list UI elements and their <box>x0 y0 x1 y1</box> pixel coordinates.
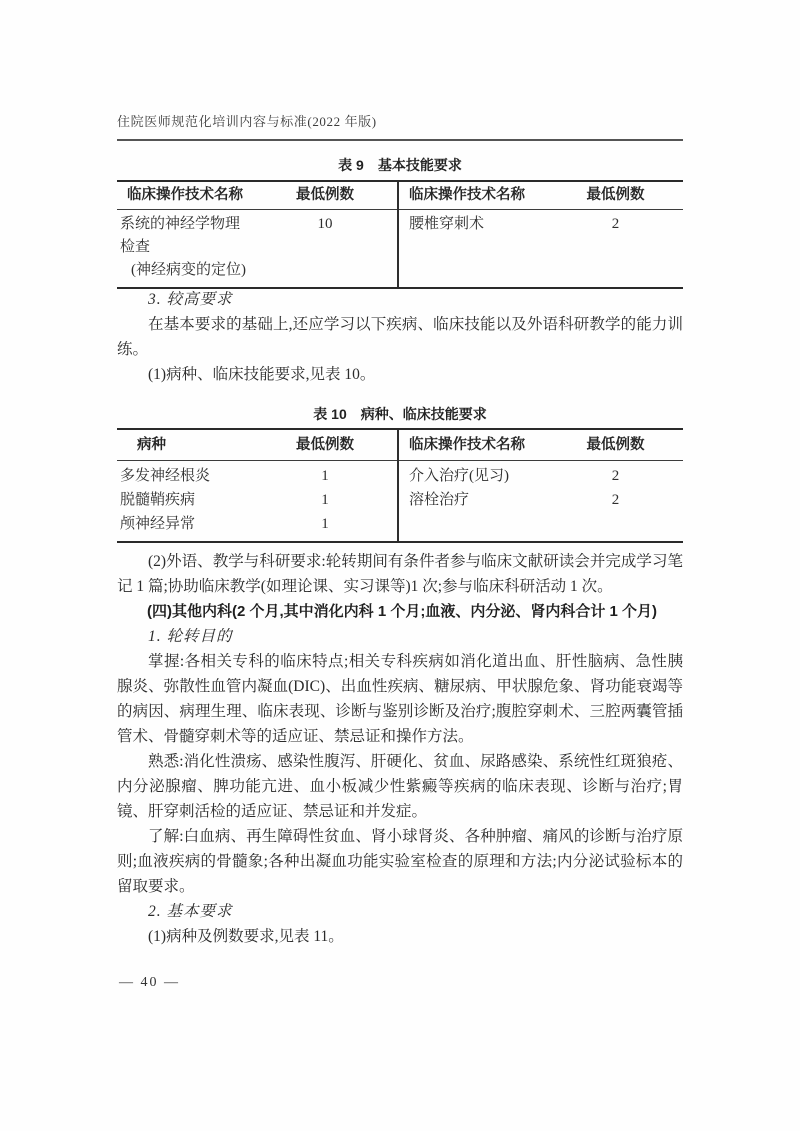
section4-heading: (四)其他内科(2 个月,其中消化内科 1 个月;血液、内分泌、肾内科合计 1 … <box>117 599 683 624</box>
basic-requirement-heading: 2. 基本要求 <box>117 899 683 924</box>
table10-header-disease: 病种 <box>117 430 252 460</box>
table9-header-right-name: 临床操作技术名称 <box>398 182 548 209</box>
table9-cell-right-min: 2 <box>548 213 683 236</box>
table9-cell-left-min: 10 <box>252 213 398 236</box>
procedure-name-continued: (神经病变的定位) <box>120 259 252 282</box>
table-10: 病种 最低例数 临床操作技术名称 最低例数 多发神经根炎 1 介入治疗(见习) … <box>117 428 683 543</box>
table9-cell-left-name: 系统的神经学物理检查 (神经病变的定位) <box>117 213 252 282</box>
min-cases: 2 <box>548 488 683 512</box>
document-page: 住院医师规范化培训内容与标准(2022 年版) 表 9 基本技能要求 临床操作技… <box>0 0 800 1131</box>
para-understand: 了解:白血病、再生障碍性贫血、肾小球肾炎、各种肿瘤、痛风的诊断与治疗原则;血液疾… <box>117 824 683 899</box>
para-see-table10: (1)病种、临床技能要求,见表 10。 <box>117 362 683 387</box>
running-header: 住院医师规范化培训内容与标准(2022 年版) <box>117 111 683 130</box>
table10-header-left-min: 最低例数 <box>252 430 398 460</box>
para-foreign-research: (2)外语、教学与科研要求:轮转期间有条件者参与临床文献研读会并完成学习笔记 1… <box>117 549 683 599</box>
disease-name: 颅神经异常 <box>117 512 252 536</box>
procedure-name: 介入治疗(见习) <box>398 464 548 488</box>
para-see-table11: (1)病种及例数要求,见表 11。 <box>117 924 683 949</box>
text-block-other-internal-medicine: (2)外语、教学与科研要求:轮转期间有条件者参与临床文献研读会并完成学习笔记 1… <box>117 549 683 949</box>
table9-vertical-divider <box>397 182 399 287</box>
text-block-higher-requirements: 3. 较高要求 在基本要求的基础上,还应学习以下疾病、临床技能以及外语科研教学的… <box>117 287 683 387</box>
table9-caption: 表 9 基本技能要求 <box>117 155 683 175</box>
table9-header-left-name: 临床操作技术名称 <box>117 182 252 209</box>
table10-body: 多发神经根炎 1 介入治疗(见习) 2 脱髓鞘疾病 1 溶栓治疗 2 颅神经异常… <box>117 461 683 541</box>
procedure-name: 溶栓治疗 <box>398 488 548 512</box>
higher-requirement-heading: 3. 较高要求 <box>117 287 683 312</box>
table-row: 系统的神经学物理检查 (神经病变的定位) 10 腰椎穿刺术 2 <box>117 213 683 282</box>
table9-body: 系统的神经学物理检查 (神经病变的定位) 10 腰椎穿刺术 2 <box>117 210 683 287</box>
disease-name: 脱髓鞘疾病 <box>117 488 252 512</box>
table9-header-row: 临床操作技术名称 最低例数 临床操作技术名称 最低例数 <box>117 182 683 210</box>
table10-header-right-name: 临床操作技术名称 <box>398 430 548 460</box>
table10-vertical-divider <box>397 430 399 541</box>
table10-header-right-min: 最低例数 <box>548 430 683 460</box>
table-row: 多发神经根炎 1 介入治疗(见习) 2 <box>117 464 683 488</box>
para-master: 掌握:各相关专科的临床特点;相关专科疾病如消化道出血、肝性脑病、急性胰腺炎、弥散… <box>117 649 683 749</box>
table-9: 临床操作技术名称 最低例数 临床操作技术名称 最低例数 系统的神经学物理检查 (… <box>117 180 683 289</box>
para-familiar: 熟悉:消化性溃疡、感染性腹泻、肝硬化、贫血、尿路感染、系统性红斑狼疮、内分泌腺瘤… <box>117 749 683 824</box>
table9-header-left-min: 最低例数 <box>252 182 398 209</box>
disease-name: 多发神经根炎 <box>117 464 252 488</box>
table9-header-right-min: 最低例数 <box>548 182 683 209</box>
page-number: — 40 — <box>119 975 180 991</box>
rotation-purpose-heading: 1. 轮转目的 <box>117 624 683 649</box>
para-higher-requirement: 在基本要求的基础上,还应学习以下疾病、临床技能以及外语科研教学的能力训练。 <box>117 312 683 362</box>
table10-header-row: 病种 最低例数 临床操作技术名称 最低例数 <box>117 430 683 461</box>
procedure-name: 系统的神经学物理检查 <box>120 213 252 259</box>
table-row: 脱髓鞘疾病 1 溶栓治疗 2 <box>117 488 683 512</box>
min-cases: 1 <box>252 464 398 488</box>
table9-cell-right-name: 腰椎穿刺术 <box>398 213 548 236</box>
table-row: 颅神经异常 1 <box>117 512 683 536</box>
table10-caption: 表 10 病种、临床技能要求 <box>117 404 683 424</box>
min-cases: 1 <box>252 512 398 536</box>
header-rule <box>117 139 683 141</box>
min-cases: 2 <box>548 464 683 488</box>
min-cases: 1 <box>252 488 398 512</box>
